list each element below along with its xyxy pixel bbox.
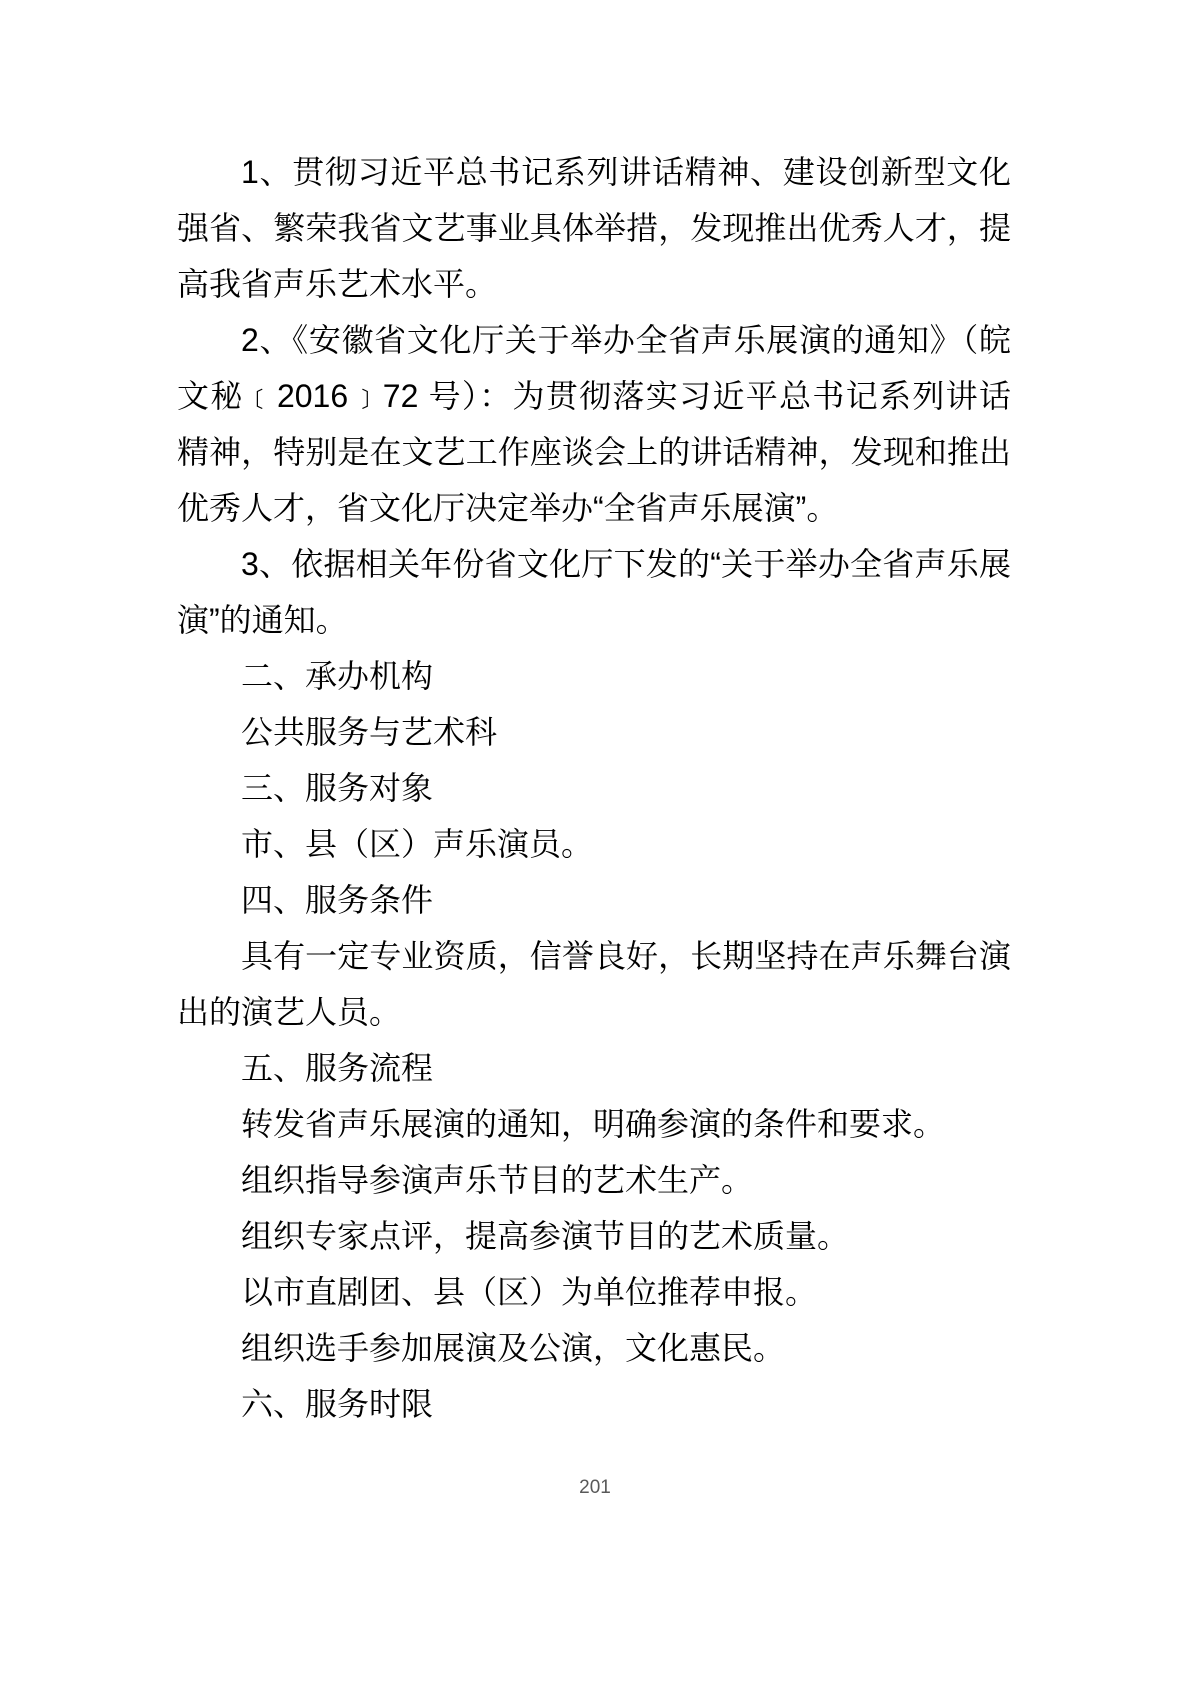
paragraph-flow-step-4: 以市直剧团、县（区）为单位推荐申报。 bbox=[177, 1264, 1011, 1320]
document-body: 1、贯彻习近平总书记系列讲话精神、建设创新型文化强省、繁荣我省文艺事业具体举措，… bbox=[177, 144, 1011, 1432]
page-number: 201 bbox=[0, 1477, 1190, 1499]
heading-section-2: 二、承办机构 bbox=[177, 648, 1011, 704]
heading-section-6: 六、服务时限 bbox=[177, 1376, 1011, 1432]
heading-section-3: 三、服务对象 bbox=[177, 760, 1011, 816]
paragraph-basis-3: 3、依据相关年份省文化厅下发的“关于举办全省声乐展演”的通知。 bbox=[177, 536, 1011, 648]
heading-section-5: 五、服务流程 bbox=[177, 1040, 1011, 1096]
document-page: 1、贯彻习近平总书记系列讲话精神、建设创新型文化强省、繁荣我省文艺事业具体举措，… bbox=[0, 0, 1190, 1683]
paragraph-organizer: 公共服务与艺术科 bbox=[177, 704, 1011, 760]
paragraph-flow-step-2: 组织指导参演声乐节目的艺术生产。 bbox=[177, 1152, 1011, 1208]
paragraph-basis-1: 1、贯彻习近平总书记系列讲话精神、建设创新型文化强省、繁荣我省文艺事业具体举措，… bbox=[177, 144, 1011, 312]
paragraph-flow-step-1: 转发省声乐展演的通知，明确参演的条件和要求。 bbox=[177, 1096, 1011, 1152]
paragraph-service-target: 市、县（区）声乐演员。 bbox=[177, 816, 1011, 872]
paragraph-flow-step-5: 组织选手参加展演及公演，文化惠民。 bbox=[177, 1320, 1011, 1376]
heading-section-4: 四、服务条件 bbox=[177, 872, 1011, 928]
paragraph-flow-step-3: 组织专家点评，提高参演节目的艺术质量。 bbox=[177, 1208, 1011, 1264]
paragraph-basis-2: 2、《安徽省文化厅关于举办全省声乐展演的通知》（皖文秘﹝2016﹞72 号）：为… bbox=[177, 312, 1011, 536]
paragraph-service-condition: 具有一定专业资质，信誉良好，长期坚持在声乐舞台演出的演艺人员。 bbox=[177, 928, 1011, 1040]
